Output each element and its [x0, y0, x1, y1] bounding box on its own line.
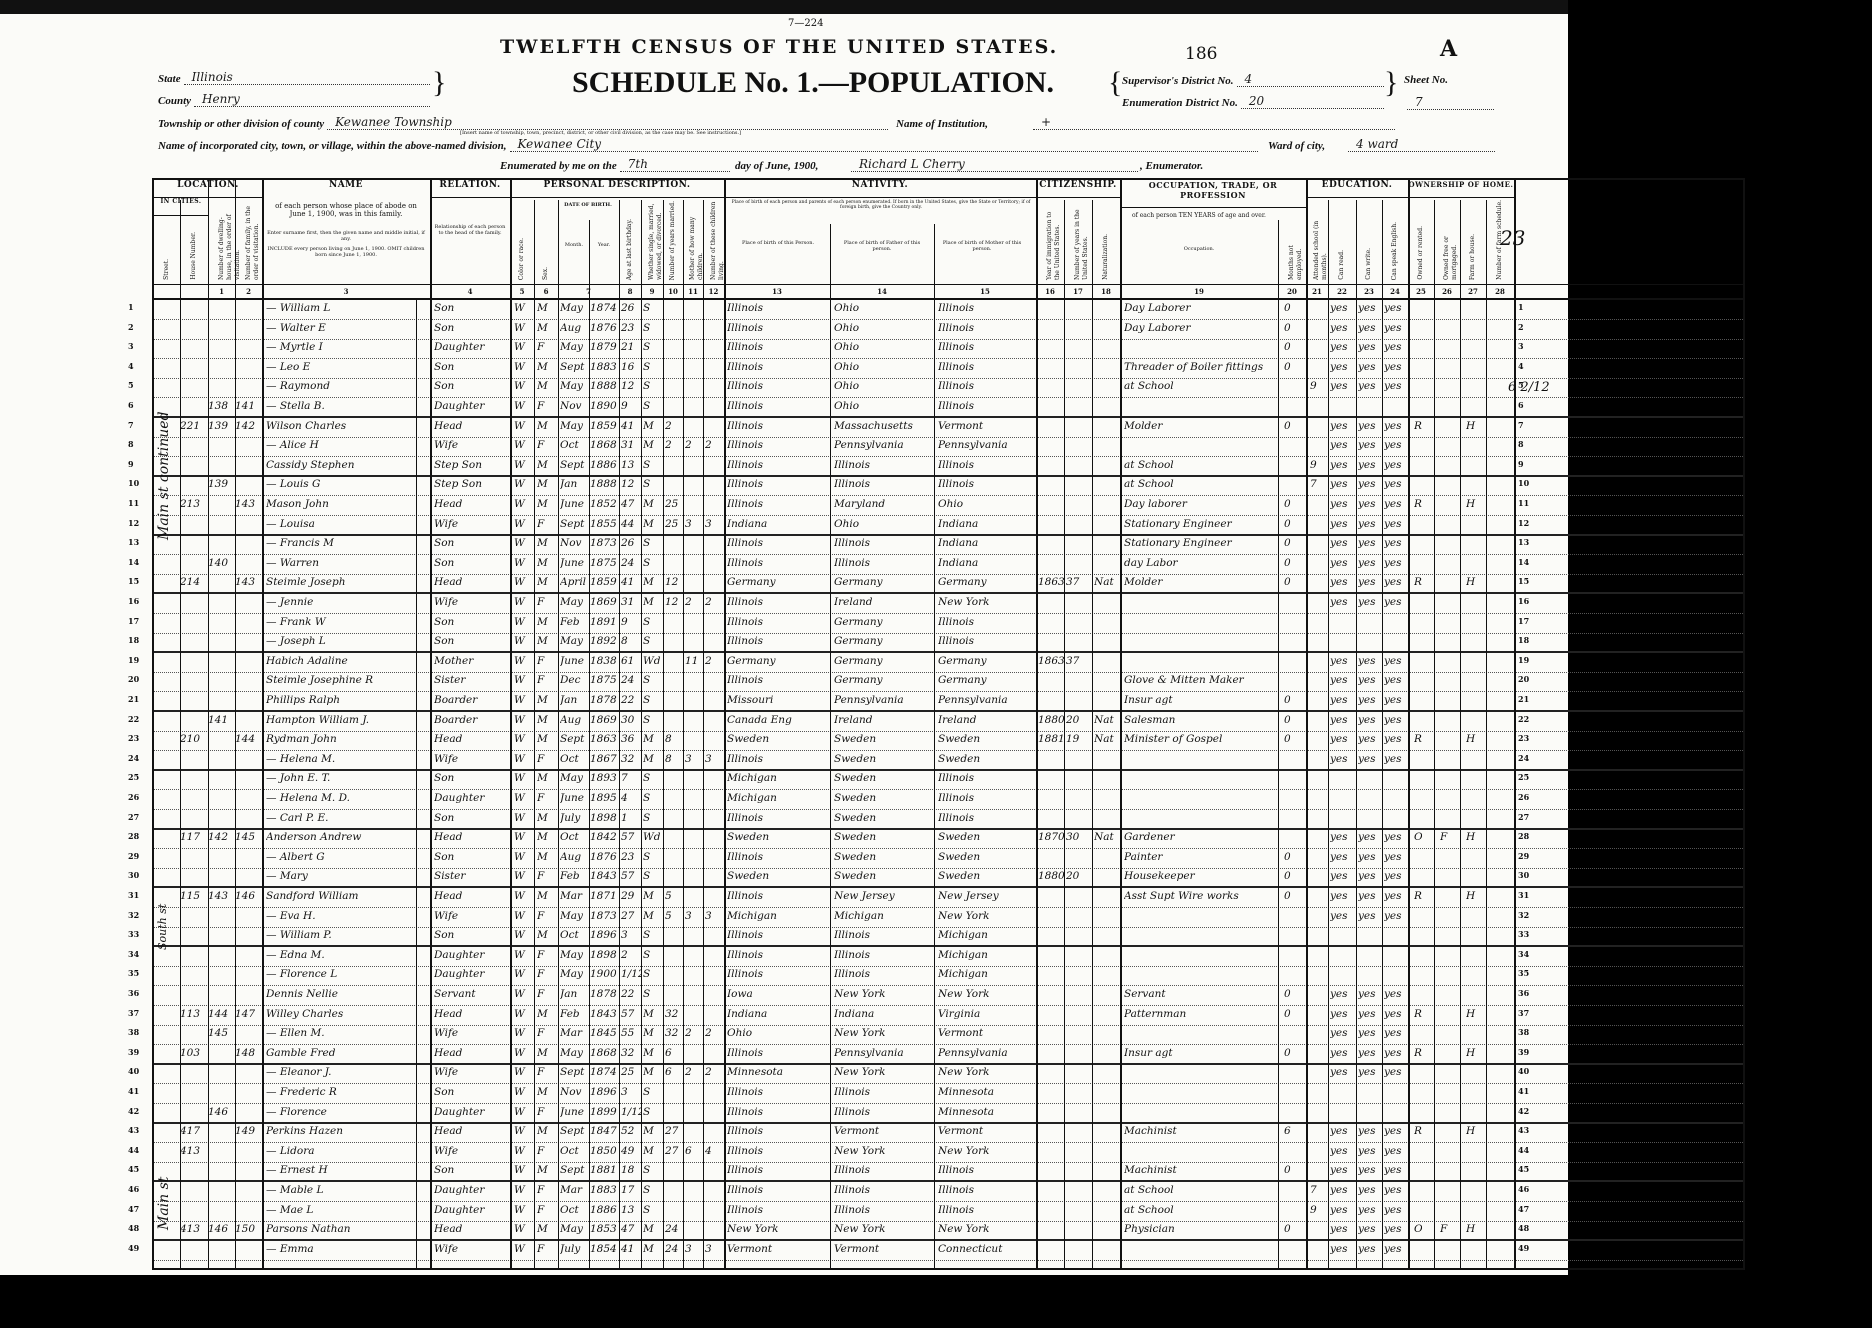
years-married-cell — [665, 400, 683, 416]
age-cell: 36 — [621, 733, 641, 749]
color-cell: W — [514, 1027, 534, 1043]
attended-school-cell — [1310, 1027, 1328, 1043]
immigration-year-cell — [1038, 792, 1064, 808]
children-living-cell — [705, 635, 724, 651]
line-number: 34 — [128, 949, 139, 959]
line-number: 8 — [128, 439, 134, 449]
owned-free-cell — [1440, 870, 1460, 886]
owned-free-cell — [1440, 1008, 1460, 1024]
months-unemployed-cell: 0 — [1284, 341, 1306, 357]
immigration-year-cell — [1038, 498, 1064, 514]
marital-cell: S — [643, 537, 663, 553]
occupation-cell: Minister of Gospel — [1124, 733, 1278, 749]
house-number-cell — [180, 910, 208, 926]
can-read-cell: yes — [1330, 537, 1356, 553]
sex-cell: F — [537, 1204, 557, 1220]
line-number: 11 — [128, 498, 139, 508]
marital-cell: S — [643, 988, 663, 1004]
name-cell: — Leo E — [266, 361, 430, 377]
years-in-us-cell — [1066, 537, 1092, 553]
mother-birthplace-cell: Sweden — [938, 851, 1036, 867]
relation-cell: Wife — [434, 1027, 510, 1043]
naturalization-cell — [1094, 1184, 1120, 1200]
dwelling-number-cell: 140 — [208, 557, 235, 573]
color-cell: W — [514, 694, 534, 710]
name-cell: — Mary — [266, 870, 430, 886]
color-cell: W — [514, 341, 534, 357]
census-sheet: 7—224 TWELFTH CENSUS OF THE UNITED STATE… — [0, 0, 1568, 1275]
age-cell: 1 — [621, 812, 641, 828]
owned-rented-cell — [1414, 674, 1434, 690]
state-value: Illinois — [184, 70, 430, 85]
can-read-cell: yes — [1330, 478, 1356, 494]
name-cell: — Mae L — [266, 1204, 430, 1220]
naturalization-cell — [1094, 890, 1120, 906]
occupation-cell — [1124, 1106, 1278, 1122]
age-cell: 23 — [621, 322, 641, 338]
owned-rented-cell — [1414, 1106, 1434, 1122]
immigration-year-cell — [1038, 616, 1064, 632]
naturalization-cell: Nat — [1094, 733, 1120, 749]
farm-house-cell: H — [1466, 1223, 1486, 1239]
name-cell: — Warren — [266, 557, 430, 573]
city-value: Kewanee City — [510, 137, 1258, 152]
can-speak-english-cell: yes — [1384, 478, 1408, 494]
owned-free-cell — [1440, 929, 1460, 945]
family-number-cell — [235, 341, 262, 357]
naturalization-cell — [1094, 302, 1120, 318]
family-number-cell — [235, 949, 262, 965]
relation-cell: Son — [434, 322, 510, 338]
family-number-cell — [235, 1204, 262, 1220]
birth-year-cell: 1893 — [590, 772, 619, 788]
attended-school-cell — [1310, 655, 1328, 671]
mother-of-cell — [685, 635, 703, 651]
marital-cell: M — [643, 1125, 663, 1141]
owned-free-cell — [1440, 772, 1460, 788]
marital-cell: M — [643, 518, 663, 534]
birth-month-cell: Sept — [560, 733, 590, 749]
years-in-us-cell — [1066, 851, 1092, 867]
color-cell: W — [514, 420, 534, 436]
birth-year-cell: 1900 — [590, 968, 619, 984]
months-unemployed-cell — [1284, 929, 1306, 945]
line-number: 39 — [128, 1047, 139, 1057]
children-living-cell — [705, 478, 724, 494]
marital-cell: S — [643, 812, 663, 828]
farm-house-cell — [1466, 792, 1486, 808]
naturalization-cell — [1094, 1106, 1120, 1122]
birthplace-cell: Illinois — [727, 616, 830, 632]
family-number-cell — [235, 910, 262, 926]
house-number-cell — [180, 380, 208, 396]
birth-month-cell: Aug — [560, 322, 590, 338]
years-in-us-cell: 30 — [1066, 831, 1092, 847]
dwelling-number-cell — [208, 518, 235, 534]
birth-year-cell: 1888 — [590, 380, 619, 396]
farm-house-cell — [1466, 537, 1486, 553]
years-in-us-cell — [1066, 616, 1092, 632]
group-education: EDUCATION. — [1306, 180, 1408, 198]
children-living-cell: 3 — [705, 910, 724, 926]
owned-free-cell — [1440, 557, 1460, 573]
attended-school-cell — [1310, 1086, 1328, 1102]
years-in-us-cell — [1066, 439, 1092, 455]
owned-free-cell: F — [1440, 1223, 1460, 1239]
relation-cell: Head — [434, 1223, 510, 1239]
immigration-label: Year of immigration to the United States… — [1046, 200, 1062, 280]
birth-month-cell: Nov — [560, 1086, 590, 1102]
years-married-cell: 25 — [665, 518, 683, 534]
father-birthplace-cell: Illinois — [834, 459, 934, 475]
sex-cell: M — [537, 812, 557, 828]
owned-free-cell — [1440, 1243, 1460, 1259]
family-number-cell — [235, 792, 262, 808]
birth-year-cell: 1859 — [590, 576, 619, 592]
months-unemployed-cell: 0 — [1284, 498, 1306, 514]
sex-cell: M — [537, 1047, 557, 1063]
dwelling-number-cell — [208, 380, 235, 396]
marital-cell: S — [643, 694, 663, 710]
mother-birthplace-cell: New York — [938, 988, 1036, 1004]
dwelling-number-cell — [208, 1164, 235, 1180]
age-cell: 41 — [621, 1243, 641, 1259]
birth-month-cell: May — [560, 420, 590, 436]
name-include-note: INCLUDE every person living on June 1, 1… — [266, 246, 426, 258]
marital-cell: M — [643, 1027, 663, 1043]
line-number: 36 — [1518, 988, 1529, 998]
farm-house-cell — [1466, 655, 1486, 671]
relation-cell: Step Son — [434, 478, 510, 494]
owned-rented-cell — [1414, 694, 1434, 710]
naturalization-cell — [1094, 616, 1120, 632]
dwelling-number-cell — [208, 1066, 235, 1082]
dwelling-number-cell — [208, 1086, 235, 1102]
sex-cell: F — [537, 596, 557, 612]
months-unemployed-cell — [1284, 1204, 1306, 1220]
dwelling-number-cell — [208, 753, 235, 769]
can-read-cell: yes — [1330, 302, 1356, 318]
can-read-label: Can read. — [1338, 250, 1346, 280]
birth-month-cell: June — [560, 1106, 590, 1122]
institution-value: + — [1033, 115, 1395, 130]
family-number-cell — [235, 1106, 262, 1122]
sex-cell: F — [537, 400, 557, 416]
census-title: TWELFTH CENSUS OF THE UNITED STATES. — [500, 36, 1058, 58]
owned-free-cell — [1440, 674, 1460, 690]
immigration-year-cell — [1038, 420, 1064, 436]
can-speak-english-cell: yes — [1384, 1223, 1408, 1239]
mother-of-cell — [685, 988, 703, 1004]
attended-school-cell: 7 — [1310, 1184, 1328, 1200]
line-number: 7 — [128, 420, 134, 430]
children-living-cell: 3 — [705, 753, 724, 769]
birthplace-cell: Germany — [727, 655, 830, 671]
owned-free-label: Owned free or mortgaged. — [1443, 200, 1459, 280]
birth-month-cell: May — [560, 302, 590, 318]
mother-birthplace-cell: Connecticut — [938, 1243, 1036, 1259]
enumerated-day: 7th — [620, 157, 730, 172]
sheet-value: 7 — [1407, 95, 1494, 110]
relation-cell: Boarder — [434, 714, 510, 730]
father-birthplace-cell: Sweden — [834, 851, 934, 867]
occupation-cell — [1124, 772, 1278, 788]
owned-free-cell — [1440, 910, 1460, 926]
line-number: 29 — [1518, 851, 1529, 861]
birthplace-cell: Illinois — [727, 537, 830, 553]
month-label: Month. — [559, 242, 589, 248]
children-living-cell — [705, 870, 724, 886]
house-number-cell — [180, 851, 208, 867]
birth-month-cell: Jan — [560, 478, 590, 494]
family-number-cell — [235, 1243, 262, 1259]
marital-cell: S — [643, 1106, 663, 1122]
children-living-cell — [705, 1125, 724, 1141]
marital-cell: M — [643, 753, 663, 769]
sheet-field: 7 — [1404, 95, 1494, 110]
owned-rented-cell — [1414, 870, 1434, 886]
mother-of-cell — [685, 968, 703, 984]
immigration-year-cell — [1038, 557, 1064, 573]
years-in-us-cell: 20 — [1066, 714, 1092, 730]
color-cell: W — [514, 361, 534, 377]
relation-cell: Son — [434, 1164, 510, 1180]
can-speak-english-cell — [1384, 635, 1408, 651]
owned-rented-cell: R — [1414, 1047, 1434, 1063]
line-number: 46 — [128, 1184, 139, 1194]
can-read-cell — [1330, 400, 1356, 416]
family-number-cell — [235, 478, 262, 494]
line-number: 45 — [128, 1164, 139, 1174]
can-speak-english-cell — [1384, 968, 1408, 984]
brace: } — [1384, 68, 1398, 98]
immigration-year-cell — [1038, 1027, 1064, 1043]
age-cell: 17 — [621, 1184, 641, 1200]
naturalization-cell — [1094, 635, 1120, 651]
age-cell: 44 — [621, 518, 641, 534]
birth-month-cell: May — [560, 968, 590, 984]
can-read-cell: yes — [1330, 694, 1356, 710]
birth-month-cell: May — [560, 772, 590, 788]
birth-month-cell: Mar — [560, 890, 590, 906]
birthplace-cell: New York — [727, 1223, 830, 1239]
can-read-cell: yes — [1330, 714, 1356, 730]
can-read-cell: yes — [1330, 870, 1356, 886]
father-birthplace-cell: Ireland — [834, 596, 934, 612]
relation-cell: Wife — [434, 1066, 510, 1082]
dwelling-number-cell — [208, 870, 235, 886]
birth-year-cell: 1855 — [590, 518, 619, 534]
house-number-cell — [180, 772, 208, 788]
can-read-cell: yes — [1330, 910, 1356, 926]
line-number: 42 — [1518, 1106, 1529, 1116]
table-row: — EmmaWifeWFJuly185441M2433VermontVermon… — [154, 1241, 1743, 1261]
years-in-us-cell — [1066, 694, 1092, 710]
marital-cell: S — [643, 870, 663, 886]
children-living-cell: 2 — [705, 655, 724, 671]
immigration-year-cell — [1038, 635, 1064, 651]
years-married-cell: 5 — [665, 890, 683, 906]
immigration-year-cell — [1038, 694, 1064, 710]
birth-year-cell: 1876 — [590, 322, 619, 338]
attended-school-cell — [1310, 1125, 1328, 1141]
occupation-cell: Day laborer — [1124, 498, 1278, 514]
father-birthplace-cell: Sweden — [834, 870, 934, 886]
street-annotation-lower: Main st — [156, 1140, 172, 1230]
name-cell: — Helena M. — [266, 753, 430, 769]
dwelling-number-cell — [208, 655, 235, 671]
relation-cell: Head — [434, 831, 510, 847]
relation-cell: Sister — [434, 674, 510, 690]
dwelling-number-cell — [208, 341, 235, 357]
farm-house-cell — [1466, 459, 1486, 475]
months-unemployed-cell — [1284, 478, 1306, 494]
father-birthplace-cell: Illinois — [834, 1106, 934, 1122]
children-living-cell: 4 — [705, 1145, 724, 1161]
color-cell: W — [514, 1106, 534, 1122]
birth-month-cell: May — [560, 949, 590, 965]
occupation-description: of each person TEN YEARS of age and over… — [1124, 212, 1274, 219]
attended-school-cell — [1310, 851, 1328, 867]
can-speak-english-cell: yes — [1384, 1184, 1408, 1200]
can-write-cell: yes — [1358, 1223, 1382, 1239]
occupation-cell: Physician — [1124, 1223, 1278, 1239]
name-cell: — Florence — [266, 1106, 430, 1122]
name-cell: Mason John — [266, 498, 430, 514]
owned-free-cell — [1440, 1164, 1460, 1180]
can-speak-english-cell — [1384, 929, 1408, 945]
enumerator-name: Richard L Cherry — [851, 157, 1138, 172]
family-number-cell: 150 — [235, 1223, 262, 1239]
age-cell: 3 — [621, 929, 641, 945]
color-cell: W — [514, 792, 534, 808]
years-married-cell — [665, 792, 683, 808]
birth-father-label: Place of birth of Father of this person. — [834, 240, 930, 252]
schedule-title: SCHEDULE No. 1.—POPULATION. — [572, 66, 1054, 100]
age-cell: 4 — [621, 792, 641, 808]
sheet-label: Sheet No. — [1404, 74, 1448, 86]
house-number-cell: 413 — [180, 1223, 208, 1239]
mother-of-cell — [685, 400, 703, 416]
immigration-year-cell: 1881 — [1038, 733, 1064, 749]
dwelling-number-cell — [208, 812, 235, 828]
can-write-cell — [1358, 792, 1382, 808]
age-cell: 57 — [621, 870, 641, 886]
owned-free-cell — [1440, 498, 1460, 514]
owned-free-cell — [1440, 439, 1460, 455]
immigration-year-cell — [1038, 361, 1064, 377]
mother-of-cell: 3 — [685, 1243, 703, 1259]
farm-house-cell — [1466, 1204, 1486, 1220]
family-number-cell — [235, 968, 262, 984]
line-number: 42 — [128, 1106, 139, 1116]
birth-month-cell: Oct — [560, 753, 590, 769]
color-cell: W — [514, 812, 534, 828]
children-living-cell: 2 — [705, 1066, 724, 1082]
months-unemployed-cell — [1284, 635, 1306, 651]
occupation-cell: at School — [1124, 459, 1278, 475]
family-number-cell — [235, 537, 262, 553]
name-cell: Phillips Ralph — [266, 694, 430, 710]
years-in-us-cell — [1066, 772, 1092, 788]
can-write-cell — [1358, 929, 1382, 945]
can-read-cell — [1330, 1106, 1356, 1122]
attended-school-cell — [1310, 537, 1328, 553]
line-number: 19 — [128, 655, 139, 665]
farm-house-cell — [1466, 400, 1486, 416]
naturalization-cell — [1094, 655, 1120, 671]
can-speak-english-cell: yes — [1384, 518, 1408, 534]
birth-year-cell: 1876 — [590, 851, 619, 867]
can-write-cell: yes — [1358, 1243, 1382, 1259]
mother-birthplace-cell: Ireland — [938, 714, 1036, 730]
naturalization-cell — [1094, 812, 1120, 828]
owned-rented-cell — [1414, 851, 1434, 867]
owned-rented-cell — [1414, 459, 1434, 475]
immigration-year-cell — [1038, 380, 1064, 396]
family-number-cell — [235, 1145, 262, 1161]
immigration-year-cell: 1880 — [1038, 870, 1064, 886]
father-birthplace-cell: Sweden — [834, 792, 934, 808]
relation-cell: Boarder — [434, 694, 510, 710]
can-speak-english-cell: yes — [1384, 851, 1408, 867]
ward-value: 4 ward — [1348, 137, 1495, 152]
father-birthplace-cell: Illinois — [834, 1086, 934, 1102]
mother-of-cell: 2 — [685, 439, 703, 455]
years-married-cell — [665, 341, 683, 357]
sex-cell: M — [537, 635, 557, 651]
age-cell: 27 — [621, 910, 641, 926]
farm-house-cell — [1466, 478, 1486, 494]
can-read-cell: yes — [1330, 988, 1356, 1004]
can-read-cell: yes — [1330, 890, 1356, 906]
immigration-year-cell — [1038, 596, 1064, 612]
color-cell: W — [514, 635, 534, 651]
farm-house-cell — [1466, 596, 1486, 612]
attended-school-cell — [1310, 733, 1328, 749]
children-living-cell — [705, 302, 724, 318]
owned-free-cell — [1440, 949, 1460, 965]
occupation-cell: Patternman — [1124, 1008, 1278, 1024]
can-write-cell — [1358, 968, 1382, 984]
occupation-cell: Stationary Engineer — [1124, 537, 1278, 553]
age-cell: 3 — [621, 1086, 641, 1102]
birthplace-cell: Michigan — [727, 772, 830, 788]
family-number-cell: 144 — [235, 733, 262, 749]
line-number: 32 — [128, 910, 139, 920]
father-birthplace-cell: Ohio — [834, 400, 934, 416]
can-write-cell: yes — [1358, 537, 1382, 553]
father-birthplace-cell: Illinois — [834, 537, 934, 553]
can-speak-english-cell: yes — [1384, 1027, 1408, 1043]
owned-free-cell — [1440, 322, 1460, 338]
attended-school-cell — [1310, 518, 1328, 534]
group-personal: PERSONAL DESCRIPTION. — [510, 180, 724, 198]
age-cell: 55 — [621, 1027, 641, 1043]
owned-rented-cell — [1414, 949, 1434, 965]
relation-cell: Head — [434, 420, 510, 436]
farm-house-cell: H — [1466, 831, 1486, 847]
occupation-cell: Insur agt — [1124, 1047, 1278, 1063]
naturalization-cell — [1094, 968, 1120, 984]
sex-cell: M — [537, 1164, 557, 1180]
owned-free-cell — [1440, 400, 1460, 416]
mother-birthplace-cell: Illinois — [938, 400, 1036, 416]
naturalization-cell: Nat — [1094, 576, 1120, 592]
owned-rented-cell — [1414, 1204, 1434, 1220]
house-number-cell: 210 — [180, 733, 208, 749]
brace: } — [432, 68, 446, 98]
